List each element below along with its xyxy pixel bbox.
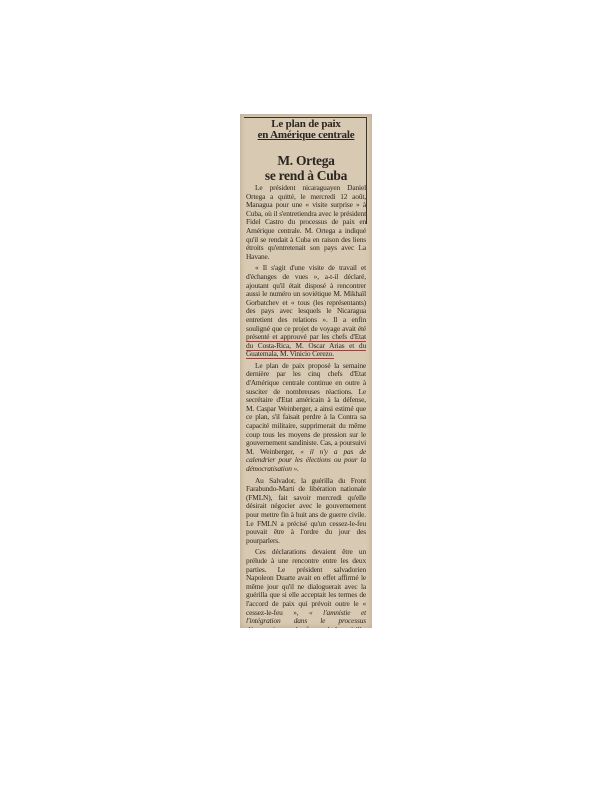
paragraph-2: « Il s'agit d'une visite de travail et d… — [246, 264, 366, 359]
paragraph-5: Ces déclarations devaient être un prélud… — [246, 548, 366, 628]
newspaper-clipping: Le plan de paix en Amérique centrale M. … — [240, 114, 372, 628]
paragraph-4: Au Salvador, la guérilla du Front Farabu… — [246, 477, 366, 546]
headline: M. Ortega se rend à Cuba — [240, 153, 372, 183]
paragraph-3-text: Le plan de paix proposé la semaine derni… — [246, 361, 366, 456]
kicker: Le plan de paix en Amérique centrale — [240, 119, 372, 141]
kicker-line2: en Amérique centrale — [240, 130, 372, 141]
article-body: Le président nicaraguayen Daniel Ortega … — [246, 184, 366, 628]
headline-line2: se rend à Cuba — [240, 168, 372, 183]
paragraph-2-text: « Il s'agit d'une visite de travail et d… — [246, 263, 366, 332]
headline-line1: M. Ortega — [240, 153, 372, 168]
paragraph-3: Le plan de paix proposé la semaine derni… — [246, 362, 366, 474]
red-underlined-text: présenté et approuvé par les chefs d'Eta… — [246, 332, 366, 359]
paragraph-1: Le président nicaraguayen Daniel Ortega … — [246, 184, 366, 261]
paragraph-5-text: Ces déclarations devaient être un prélud… — [246, 547, 366, 616]
